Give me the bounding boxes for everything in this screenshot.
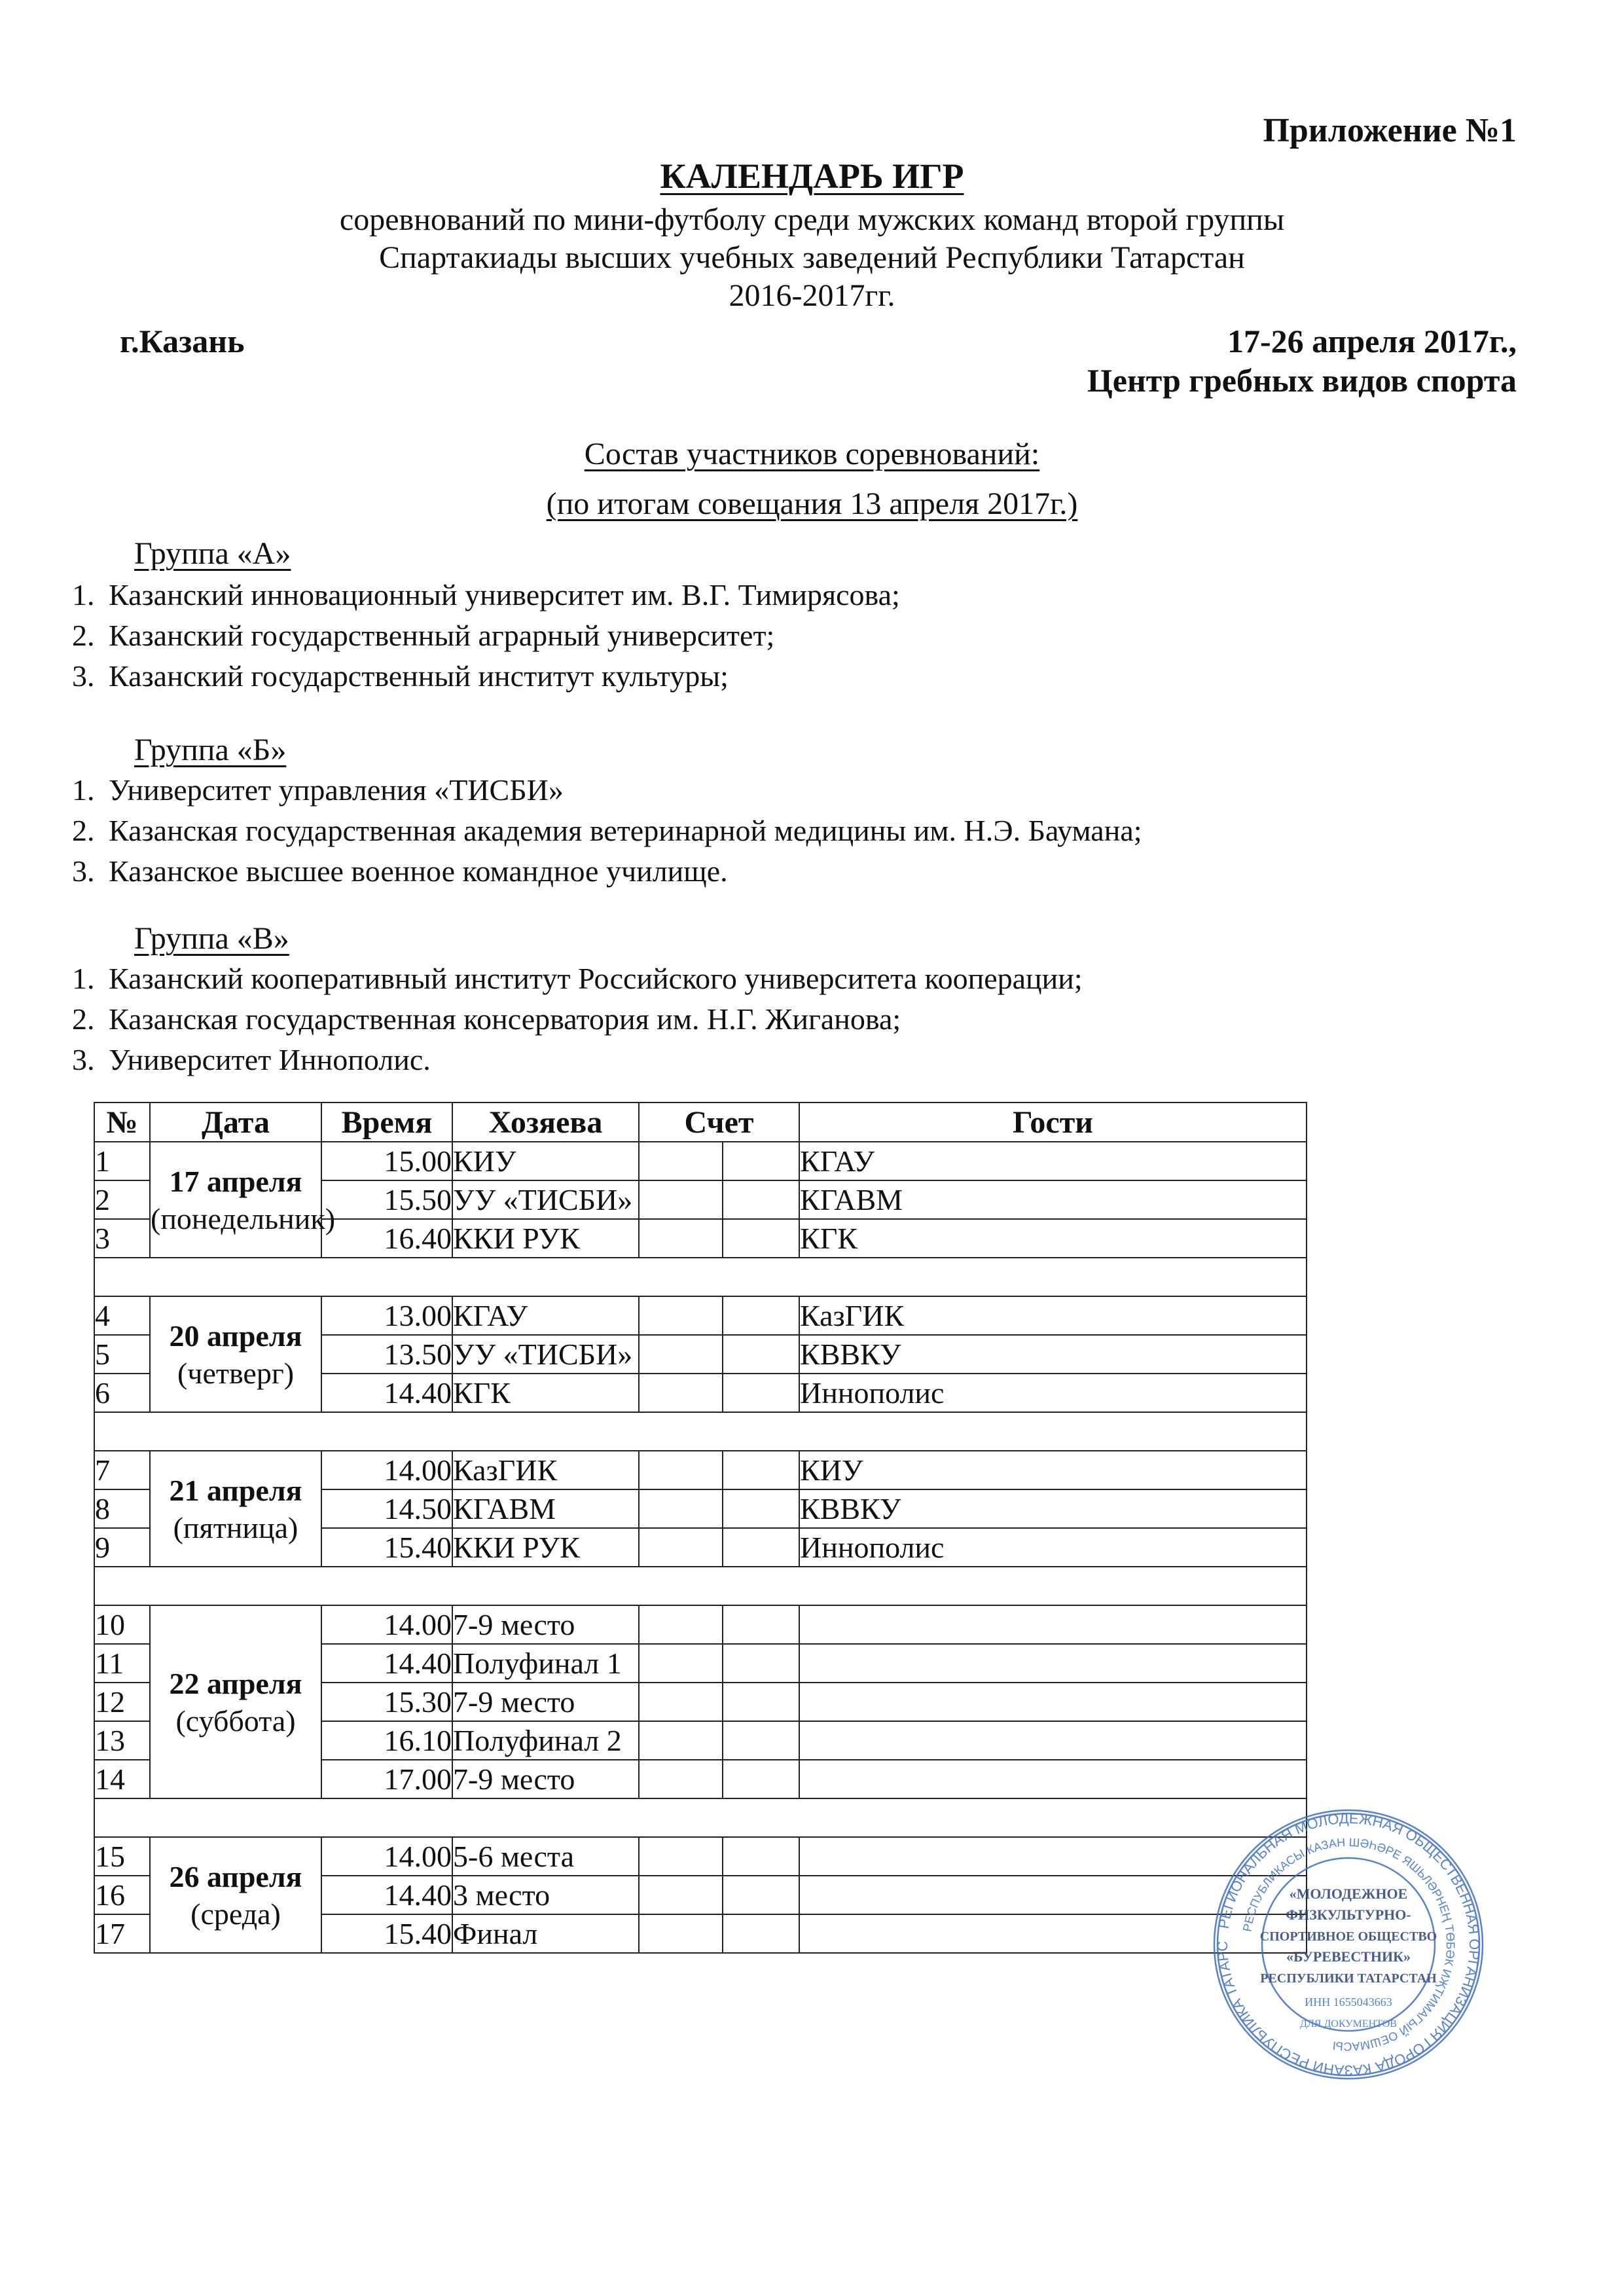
- city: г.Казань: [120, 322, 245, 360]
- list-item: 1.Казанский инновационный университет им…: [72, 577, 900, 612]
- list-item: 1.Казанский кооперативный институт Росси…: [72, 961, 1083, 996]
- game-time: 14.40: [321, 1374, 452, 1412]
- game-number: 15: [94, 1837, 150, 1876]
- svg-text:ИНН 1655043663: ИНН 1655043663: [1305, 1995, 1392, 2009]
- date-label: 26 апреля: [151, 1858, 321, 1895]
- list-item: 1.Университет управления «ТИСБИ»: [72, 773, 564, 807]
- score-guest: [723, 1180, 799, 1219]
- event-dates: 17-26 апреля 2017г.,: [1227, 322, 1517, 360]
- game-time: 14.50: [321, 1489, 452, 1528]
- game-time: 15.40: [321, 1528, 452, 1567]
- svg-text:«БУРЕВЕСТНИК»: «БУРЕВЕСТНИК»: [1286, 1948, 1411, 1965]
- guest-team: КГАВМ: [799, 1180, 1307, 1219]
- game-date: 22 апреля(суббота): [150, 1605, 321, 1798]
- game-number: 13: [94, 1721, 150, 1760]
- game-number: 11: [94, 1644, 150, 1683]
- home-team: ККИ РУК: [452, 1528, 639, 1567]
- svg-text:РЕСПУБЛИКИ ТАТАРСТАН: РЕСПУБЛИКИ ТАТАРСТАН: [1260, 1971, 1437, 1986]
- guest-team: [799, 1644, 1307, 1683]
- date-label: 22 апреля: [151, 1665, 321, 1702]
- guest-team: КВВКУ: [799, 1489, 1307, 1528]
- home-team: КИУ: [452, 1142, 639, 1180]
- svg-text:ДЛЯ ДОКУМЕНТОВ: ДЛЯ ДОКУМЕНТОВ: [1300, 2018, 1397, 2030]
- game-time: 14.00: [321, 1837, 452, 1876]
- guest-team: [799, 1760, 1307, 1798]
- document-title: КАЛЕНДАРЬ ИГР: [0, 156, 1624, 196]
- date-label: 17 апреля: [151, 1163, 321, 1200]
- game-time: 14.00: [321, 1451, 452, 1489]
- score-home: [639, 1180, 723, 1219]
- game-number: 2: [94, 1180, 150, 1219]
- home-team: 3 место: [452, 1876, 639, 1914]
- table-row: 1526 апреля(среда)14.005-6 места: [94, 1837, 1307, 1876]
- score-guest: [723, 1721, 799, 1760]
- score-guest: [723, 1837, 799, 1876]
- separator-cell: [94, 1412, 1307, 1451]
- game-time: 13.00: [321, 1296, 452, 1335]
- game-time: 15.40: [321, 1914, 452, 1953]
- home-team: Финал: [452, 1914, 639, 1953]
- game-time: 17.00: [321, 1760, 452, 1798]
- game-date: 26 апреля(среда): [150, 1837, 321, 1953]
- score-guest: [723, 1451, 799, 1489]
- game-number: 1: [94, 1142, 150, 1180]
- day-separator: [94, 1412, 1307, 1451]
- guest-team: КВВКУ: [799, 1335, 1307, 1374]
- guest-team: [799, 1721, 1307, 1760]
- header-home: Хозяева: [452, 1102, 639, 1142]
- score-home: [639, 1837, 723, 1876]
- date-label: 21 апреля: [151, 1472, 321, 1509]
- participants-note: (по итогам совещания 13 апреля 2017г.): [0, 486, 1624, 522]
- header-num: №: [94, 1102, 150, 1142]
- header-guests: Гости: [799, 1102, 1307, 1142]
- score-guest: [723, 1760, 799, 1798]
- score-guest: [723, 1876, 799, 1914]
- game-number: 16: [94, 1876, 150, 1914]
- game-number: 10: [94, 1605, 150, 1644]
- score-guest: [723, 1914, 799, 1953]
- score-home: [639, 1528, 723, 1567]
- weekday-label: (суббота): [151, 1702, 321, 1740]
- home-team: КГАУ: [452, 1296, 639, 1335]
- list-item: 3.Университет Иннополис.: [72, 1042, 431, 1077]
- organization-stamp: РЕГИОНАЛЬНАЯ МОЛОДЕЖНАЯ ОБЩЕСТВЕННАЯ ОРГ…: [1211, 1807, 1486, 2082]
- score-home: [639, 1605, 723, 1644]
- separator-cell: [94, 1567, 1307, 1605]
- game-time: 14.40: [321, 1876, 452, 1914]
- schedule-table: № Дата Время Хозяева Счет Гости 117 апре…: [94, 1102, 1307, 1954]
- score-home: [639, 1335, 723, 1374]
- table-row: 420 апреля(четверг)13.00КГАУКазГИК: [94, 1296, 1307, 1335]
- score-home: [639, 1644, 723, 1683]
- home-team: ККИ РУК: [452, 1219, 639, 1258]
- separator-cell: [94, 1258, 1307, 1296]
- game-number: 9: [94, 1528, 150, 1567]
- score-home: [639, 1296, 723, 1335]
- home-team: КазГИК: [452, 1451, 639, 1489]
- guest-team: [799, 1605, 1307, 1644]
- game-number: 3: [94, 1219, 150, 1258]
- score-guest: [723, 1374, 799, 1412]
- subtitle-line-3: 2016-2017гг.: [0, 278, 1624, 314]
- weekday-label: (среда): [151, 1895, 321, 1933]
- participants-heading: Состав участников соревнований:: [0, 436, 1624, 472]
- day-separator: [94, 1258, 1307, 1296]
- score-home: [639, 1374, 723, 1412]
- list-item: 2.Казанский государственный аграрный уни…: [72, 618, 774, 653]
- game-number: 7: [94, 1451, 150, 1489]
- game-number: 5: [94, 1335, 150, 1374]
- subtitle-line-2: Спартакиады высших учебных заведений Рес…: [0, 240, 1624, 276]
- group-b-heading: Группа «Б»: [134, 732, 286, 768]
- score-guest: [723, 1644, 799, 1683]
- subtitle-line-1: соревнований по мини-футболу среди мужск…: [0, 202, 1624, 238]
- svg-text:СПОРТИВНОЕ ОБЩЕСТВО: СПОРТИВНОЕ ОБЩЕСТВО: [1260, 1929, 1437, 1944]
- home-team: КГАВМ: [452, 1489, 639, 1528]
- date-label: 20 апреля: [151, 1317, 321, 1355]
- list-item: 3.Казанское высшее военное командное учи…: [72, 854, 728, 888]
- guest-team: Иннополис: [799, 1374, 1307, 1412]
- guest-team: [799, 1683, 1307, 1721]
- table-row: 117 апреля(понедельник)15.00КИУКГАУ: [94, 1142, 1307, 1180]
- home-team: 7-9 место: [452, 1605, 639, 1644]
- score-home: [639, 1914, 723, 1953]
- table-header-row: № Дата Время Хозяева Счет Гости: [94, 1102, 1307, 1142]
- svg-text:«МОЛОДЕЖНОЕ: «МОЛОДЕЖНОЕ: [1290, 1886, 1408, 1902]
- day-separator: [94, 1798, 1307, 1837]
- game-number: 6: [94, 1374, 150, 1412]
- score-home: [639, 1451, 723, 1489]
- list-item: 3.Казанский государственный институт кул…: [72, 659, 729, 693]
- game-number: 14: [94, 1760, 150, 1798]
- game-number: 4: [94, 1296, 150, 1335]
- game-time: 15.00: [321, 1142, 452, 1180]
- score-guest: [723, 1219, 799, 1258]
- guest-team: КГК: [799, 1219, 1307, 1258]
- game-time: 15.30: [321, 1683, 452, 1721]
- score-guest: [723, 1296, 799, 1335]
- guest-team: КИУ: [799, 1451, 1307, 1489]
- score-home: [639, 1760, 723, 1798]
- score-guest: [723, 1683, 799, 1721]
- game-date: 17 апреля(понедельник): [150, 1142, 321, 1258]
- game-time: 14.40: [321, 1644, 452, 1683]
- score-home: [639, 1489, 723, 1528]
- appendix-label: Приложение №1: [1263, 111, 1517, 150]
- home-team: 7-9 место: [452, 1683, 639, 1721]
- score-home: [639, 1219, 723, 1258]
- game-time: 16.10: [321, 1721, 452, 1760]
- guest-team: Иннополис: [799, 1528, 1307, 1567]
- game-date: 20 апреля(четверг): [150, 1296, 321, 1412]
- game-time: 15.50: [321, 1180, 452, 1219]
- game-time: 13.50: [321, 1335, 452, 1374]
- score-guest: [723, 1489, 799, 1528]
- group-a-heading: Группа «А»: [134, 536, 291, 572]
- game-time: 14.00: [321, 1605, 452, 1644]
- header-date: Дата: [150, 1102, 321, 1142]
- game-number: 12: [94, 1683, 150, 1721]
- svg-text:ФИЗКУЛЬТУРНО-: ФИЗКУЛЬТУРНО-: [1286, 1906, 1411, 1923]
- header-score: Счет: [639, 1102, 799, 1142]
- home-team: Полуфинал 1: [452, 1644, 639, 1683]
- list-item: 2.Казанская государственная консерватори…: [72, 1002, 901, 1036]
- separator-cell: [94, 1798, 1307, 1837]
- table-row: 721 апреля(пятница)14.00КазГИККИУ: [94, 1451, 1307, 1489]
- day-separator: [94, 1567, 1307, 1605]
- home-team: 7-9 место: [452, 1760, 639, 1798]
- game-number: 17: [94, 1914, 150, 1953]
- home-team: 5-6 места: [452, 1837, 639, 1876]
- weekday-label: (четверг): [151, 1355, 321, 1392]
- guest-team: КГАУ: [799, 1142, 1307, 1180]
- score-home: [639, 1683, 723, 1721]
- score-home: [639, 1142, 723, 1180]
- home-team: УУ «ТИСБИ»: [452, 1180, 639, 1219]
- home-team: Полуфинал 2: [452, 1721, 639, 1760]
- table-row: 1022 апреля(суббота)14.007-9 место: [94, 1605, 1307, 1644]
- game-date: 21 апреля(пятница): [150, 1451, 321, 1567]
- score-guest: [723, 1142, 799, 1180]
- home-team: УУ «ТИСБИ»: [452, 1335, 639, 1374]
- score-guest: [723, 1605, 799, 1644]
- game-time: 16.40: [321, 1219, 452, 1258]
- score-guest: [723, 1335, 799, 1374]
- home-team: КГК: [452, 1374, 639, 1412]
- venue: Центр гребных видов спорта: [1087, 361, 1517, 399]
- list-item: 2.Казанская государственная академия вет…: [72, 813, 1142, 848]
- weekday-label: (пятница): [151, 1509, 321, 1546]
- score-home: [639, 1876, 723, 1914]
- score-home: [639, 1721, 723, 1760]
- score-guest: [723, 1528, 799, 1567]
- header-time: Время: [321, 1102, 452, 1142]
- guest-team: КазГИК: [799, 1296, 1307, 1335]
- game-number: 8: [94, 1489, 150, 1528]
- weekday-label: (понедельник): [151, 1200, 321, 1237]
- group-v-heading: Группа «В»: [134, 920, 289, 957]
